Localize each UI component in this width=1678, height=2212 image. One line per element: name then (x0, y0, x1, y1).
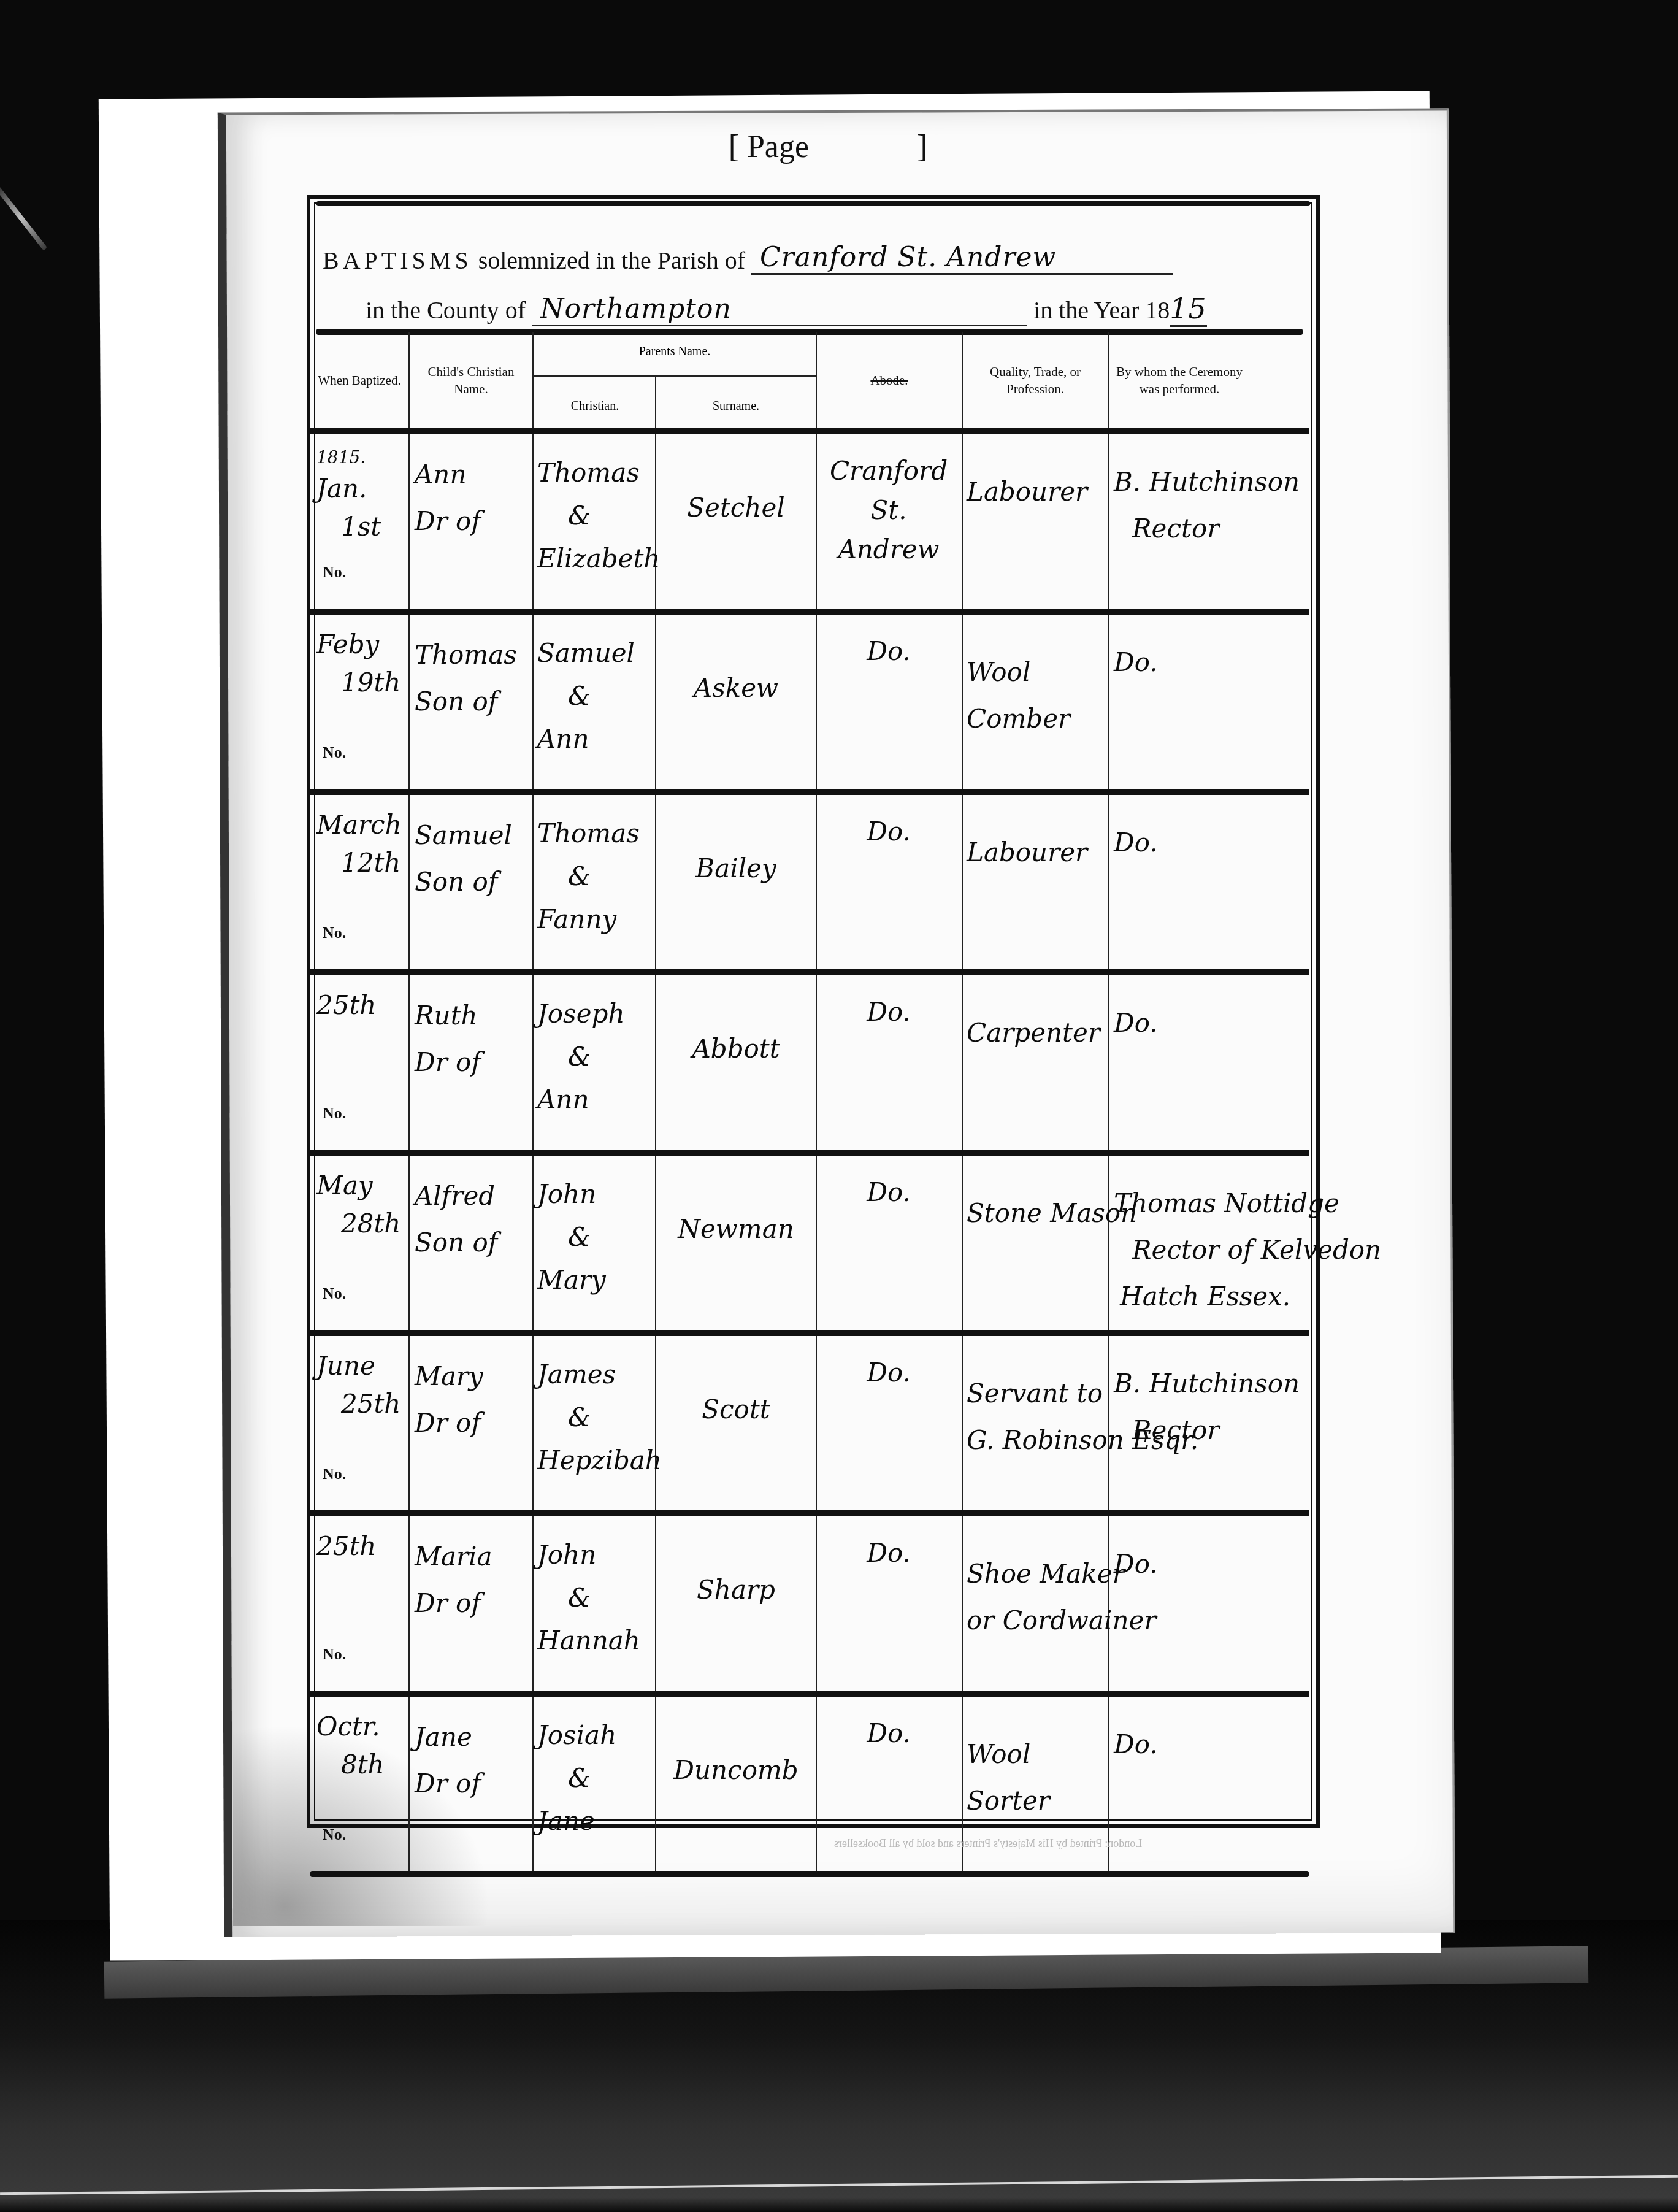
child-relation: Son of (415, 678, 531, 725)
cell-minister: B. Hutchinson Rector (1114, 434, 1255, 602)
quality-line-1: Shoe Maker (967, 1551, 1108, 1597)
cell-when: March 12th No. (316, 795, 408, 963)
cell-child: Samuel Son of (415, 795, 531, 963)
father-name: John (537, 1173, 654, 1216)
abode-line-3: Andrew (817, 530, 960, 569)
child-name: Ruth (415, 993, 531, 1039)
minister-line-1: B. Hutchinson (1114, 1361, 1255, 1407)
ampersand: & (537, 1757, 654, 1800)
page-header-prefix: [ Page (729, 129, 809, 164)
mother-name: Ann (537, 1078, 654, 1121)
col-divider (962, 975, 963, 1150)
parents-divider (534, 375, 816, 377)
abode-line-1: Cranford (817, 451, 960, 491)
col-divider (532, 434, 534, 609)
date-day: 28th (316, 1205, 408, 1243)
father-name: John (537, 1534, 654, 1576)
cell-surname: Sharp (657, 1516, 814, 1684)
cell-child: Maria Dr of (415, 1516, 531, 1684)
child-name: Thomas (415, 632, 531, 678)
surname: Scott (657, 1386, 814, 1433)
cell-abode: Do. (817, 795, 960, 963)
cell-quality: Stone Mason (967, 1156, 1108, 1324)
date-day: 19th (316, 664, 408, 702)
child-relation: Dr of (415, 1580, 531, 1627)
cell-minister: Do. (1114, 795, 1255, 963)
date-day: 1st (316, 508, 408, 546)
minister-line-1: B. Hutchinson (1114, 459, 1255, 505)
father-name: Josiah (537, 1714, 654, 1757)
ampersand: & (537, 1396, 654, 1439)
ampersand: & (537, 1216, 654, 1259)
child-relation: Son of (415, 1219, 531, 1266)
cell-parents-christian: John & Mary (537, 1156, 654, 1324)
scanner-glare (0, 185, 47, 250)
minister-line-1: Thomas Nottidge (1114, 1180, 1255, 1227)
child-relation: Dr of (415, 498, 531, 545)
cell-surname: Scott (657, 1336, 814, 1504)
minister-line-1: Do. (1114, 820, 1255, 866)
table-row: May 28th No. Alfred Son of John & Mary N… (310, 1150, 1309, 1330)
cell-quality: Labourer (967, 434, 1108, 602)
abode-line-2: Do. (817, 1173, 960, 1212)
entry-number-label: No. (323, 1094, 346, 1132)
col-divider (408, 434, 410, 609)
page-header-suffix: ] (917, 129, 927, 164)
col-divider (1108, 1516, 1109, 1691)
entry-number-label: No. (323, 1635, 346, 1673)
entry-number-label: No. (323, 553, 346, 591)
mother-name: Hepzibah (537, 1439, 654, 1482)
col-header-parents-christian: Christian. (534, 388, 656, 424)
surname: Abbott (657, 1026, 814, 1072)
entry-list: 1815. Jan. 1st No. Ann Dr of Thomas & El… (310, 428, 1309, 1871)
col-divider (532, 1156, 534, 1330)
abode-line-2: Do. (817, 993, 960, 1032)
cell-surname: Askew (657, 615, 814, 783)
minister-line-2: Rector (1114, 505, 1255, 552)
child-name: Alfred (415, 1173, 531, 1219)
child-relation: Dr of (415, 1761, 531, 1807)
entry-number-label: No. (323, 1455, 346, 1493)
minister-line-1: Do. (1114, 1000, 1255, 1046)
cell-quality: Labourer (967, 795, 1108, 963)
cell-child: Ruth Dr of (415, 975, 531, 1143)
father-name: Samuel (537, 632, 654, 675)
cell-abode: Cranford St. Andrew (817, 434, 960, 602)
abode-line-2: Do. (817, 1353, 960, 1392)
cell-quality: Shoe Maker or Cordwainer (967, 1516, 1108, 1684)
date-month: June (316, 1347, 408, 1385)
table-row: March 12th No. Samuel Son of Thomas & Fa… (310, 789, 1309, 969)
col-header-parents: Parents Name. (534, 345, 816, 359)
col-divider (655, 1336, 656, 1510)
cell-quality: Servant to G. Robinson Esqr. (967, 1336, 1108, 1504)
county-field: Northampton (532, 293, 1027, 326)
date-day: 12th (316, 844, 408, 882)
cell-child: Mary Dr of (415, 1336, 531, 1504)
col-header-minister: By whom the Ceremony was performed. (1109, 332, 1250, 428)
col-divider (1108, 1156, 1109, 1330)
parish-field: Cranford St. Andrew (751, 242, 1173, 275)
surname: Newman (657, 1206, 814, 1253)
col-divider (408, 1336, 410, 1510)
quality-line-1: Wool (967, 1731, 1108, 1778)
cell-abode: Do. (817, 615, 960, 783)
cell-child: Thomas Son of (415, 615, 531, 783)
mother-name: Fanny (537, 898, 654, 941)
cell-parents-christian: Joseph & Ann (537, 975, 654, 1143)
abode-line-2: Do. (817, 1534, 960, 1573)
cell-surname: Newman (657, 1156, 814, 1324)
cell-quality: Wool Comber (967, 615, 1108, 783)
date-month: March (316, 806, 408, 844)
date-day: 25th (316, 1385, 408, 1423)
quality-line-1: Wool (967, 649, 1108, 696)
ampersand: & (537, 494, 654, 537)
col-divider (962, 1336, 963, 1510)
cell-minister: Do. (1114, 615, 1255, 783)
surname: Sharp (657, 1567, 814, 1613)
col-divider (1108, 434, 1109, 609)
title-caps: BAPTISMS (323, 247, 472, 274)
child-relation: Son of (415, 859, 531, 905)
col-divider (408, 795, 410, 969)
col-divider (655, 1156, 656, 1330)
surname: Setchel (657, 485, 814, 531)
mother-name: Jane (537, 1800, 654, 1843)
surname: Bailey (657, 845, 814, 892)
cell-child: Alfred Son of (415, 1156, 531, 1324)
col-divider (655, 795, 656, 969)
cell-abode: Do. (817, 1336, 960, 1504)
col-divider (532, 1697, 534, 1871)
cell-parents-christian: Josiah & Jane (537, 1697, 654, 1865)
date-year: 1815. (316, 445, 408, 470)
col-divider (962, 795, 963, 969)
col-divider (532, 1516, 534, 1691)
cell-surname: Bailey (657, 795, 814, 963)
cell-when: Octr. 8th No. (316, 1697, 408, 1865)
minister-line-3: Hatch Essex. (1114, 1273, 1255, 1320)
title-text-1: solemnized in the Parish of (478, 247, 745, 274)
cell-minister: Do. (1114, 1516, 1255, 1684)
date-month: Octr. (316, 1708, 408, 1746)
col-divider (532, 615, 534, 789)
father-name: James (537, 1353, 654, 1396)
child-name: Mary (415, 1353, 531, 1400)
table-row: June 25th No. Mary Dr of James & Hepziba… (310, 1330, 1309, 1510)
cell-abode: Do. (817, 1156, 960, 1324)
col-header-abode: Abode. (817, 332, 962, 428)
cell-when: 1815. Jan. 1st No. (316, 434, 408, 602)
table-row: 25th No. Maria Dr of John & Hannah Sharp… (310, 1510, 1309, 1691)
table-row: Feby 19th No. Thomas Son of Samuel & Ann… (310, 609, 1309, 789)
cell-when: Feby 19th No. (316, 615, 408, 783)
minister-line-2: Rector of Kelvedon (1114, 1227, 1255, 1273)
cell-minister: Do. (1114, 975, 1255, 1143)
col-divider (962, 434, 963, 609)
minister-line-1: Do. (1114, 1721, 1255, 1768)
col-header-child: Child's Christian Name. (410, 332, 532, 428)
minister-line-1: Do. (1114, 1541, 1255, 1588)
abode-line-2: Do. (817, 812, 960, 851)
bottom-rule (310, 1871, 1309, 1877)
col-divider (962, 1156, 963, 1330)
register-title: BAPTISMS solemnized in the Parish of Cra… (323, 223, 1304, 346)
cell-parents-christian: James & Hepzibah (537, 1336, 654, 1504)
col-divider (408, 975, 410, 1150)
abode-line-2: St. (817, 491, 960, 530)
cell-parents-christian: Thomas & Elizabeth (537, 434, 654, 602)
quality-line-2: G. Robinson Esqr. (967, 1417, 1108, 1464)
cell-when: 25th No. (316, 1516, 408, 1684)
ampersand: & (537, 1035, 654, 1078)
col-header-when: When Baptized. (310, 332, 408, 428)
col-divider (962, 615, 963, 789)
entry-number-label: No. (323, 914, 346, 952)
title-text-2: in the County of (366, 296, 526, 324)
ampersand: & (537, 675, 654, 718)
col-divider (655, 975, 656, 1150)
child-name: Maria (415, 1534, 531, 1580)
mother-name: Ann (537, 718, 654, 761)
baptism-table: When Baptized. Child's Christian Name. P… (310, 332, 1309, 1877)
cell-when: 25th No. (316, 975, 408, 1143)
cell-surname: Abbott (657, 975, 814, 1143)
ampersand: & (537, 855, 654, 898)
entry-number-label: No. (323, 1816, 346, 1854)
quality-line-1: Stone Mason (967, 1190, 1108, 1237)
col-divider (655, 434, 656, 609)
col-divider (408, 615, 410, 789)
minister-line-1: Do. (1114, 639, 1255, 686)
mother-name: Mary (537, 1259, 654, 1302)
col-divider (408, 1697, 410, 1871)
cell-child: Jane Dr of (415, 1697, 531, 1865)
ampersand: & (537, 1576, 654, 1619)
baptism-register-form: BAPTISMS solemnized in the Parish of Cra… (307, 195, 1320, 1828)
cell-surname: Setchel (657, 434, 814, 602)
mother-name: Hannah (537, 1619, 654, 1662)
cell-when: May 28th No. (316, 1156, 408, 1324)
col-divider (408, 1156, 410, 1330)
page-header: [ Page ] (705, 129, 951, 165)
year-field: 15 (1170, 292, 1207, 327)
col-divider (1108, 975, 1109, 1150)
col-divider (532, 795, 534, 969)
table-header: When Baptized. Child's Christian Name. P… (310, 332, 1309, 428)
quality-line-2: or Cordwainer (967, 1597, 1108, 1644)
cell-abode: Do. (817, 1516, 960, 1684)
cell-abode: Do. (817, 975, 960, 1143)
date-month: 25th (316, 1527, 408, 1565)
col-header-parents-surname: Surname. (656, 388, 816, 424)
col-divider (962, 1516, 963, 1691)
year-prefix: in the Year 18 (1033, 296, 1170, 324)
quality-line-1: Servant to (967, 1370, 1108, 1417)
cell-minister: Thomas Nottidge Rector of Kelvedon Hatch… (1114, 1156, 1255, 1324)
cell-child: Ann Dr of (415, 434, 531, 602)
col-divider (532, 1336, 534, 1510)
child-relation: Dr of (415, 1400, 531, 1446)
cell-when: June 25th No. (316, 1336, 408, 1504)
cell-surname: Duncomb (657, 1697, 814, 1865)
table-row: 1815. Jan. 1st No. Ann Dr of Thomas & El… (310, 428, 1309, 609)
child-relation: Dr of (415, 1039, 531, 1086)
top-rule (316, 201, 1310, 206)
mother-name: Elizabeth (537, 537, 654, 580)
surname: Duncomb (657, 1747, 814, 1794)
table-row: 25th No. Ruth Dr of Joseph & Ann Abbott … (310, 969, 1309, 1150)
father-name: Thomas (537, 812, 654, 855)
quality-line-2: Sorter (967, 1778, 1108, 1824)
col-divider (532, 975, 534, 1150)
col-divider (1108, 1336, 1109, 1510)
father-name: Thomas (537, 451, 654, 494)
quality-line-1: Labourer (967, 829, 1108, 876)
cell-parents-christian: John & Hannah (537, 1516, 654, 1684)
abode-line-2: Do. (817, 632, 960, 671)
child-name: Samuel (415, 812, 531, 859)
date-month: Feby (316, 626, 408, 664)
cell-minister: B. Hutchinson Rector (1114, 1336, 1255, 1504)
printer-imprint: London: Printed by His Majesty's Printer… (834, 1837, 1142, 1850)
child-name: Ann (415, 451, 531, 498)
cell-parents-christian: Thomas & Fanny (537, 795, 654, 963)
entry-number-label: No. (323, 734, 346, 772)
minister-line-2: Rector (1114, 1407, 1255, 1454)
date-day: 8th (316, 1746, 408, 1784)
col-divider (655, 1697, 656, 1871)
col-divider (655, 1516, 656, 1691)
child-name: Jane (415, 1714, 531, 1761)
quality-line-2: Comber (967, 696, 1108, 742)
col-divider (408, 1516, 410, 1691)
date-month: May (316, 1167, 408, 1205)
abode-line-2: Do. (817, 1714, 960, 1753)
cell-parents-christian: Samuel & Ann (537, 615, 654, 783)
date-month: 25th (316, 986, 408, 1024)
col-header-quality: Quality, Trade, or Profession. (963, 332, 1108, 428)
col-divider (655, 615, 656, 789)
cell-quality: Carpenter (967, 975, 1108, 1143)
table-row: Octr. 8th No. Jane Dr of Josiah & Jane D… (310, 1691, 1309, 1871)
date-month: Jan. (316, 470, 408, 508)
quality-line-1: Carpenter (967, 1010, 1108, 1056)
col-divider (1108, 795, 1109, 969)
quality-line-1: Labourer (967, 469, 1108, 515)
col-divider (1108, 615, 1109, 789)
surname: Askew (657, 665, 814, 712)
entry-number-label: No. (323, 1275, 346, 1313)
father-name: Joseph (537, 993, 654, 1035)
